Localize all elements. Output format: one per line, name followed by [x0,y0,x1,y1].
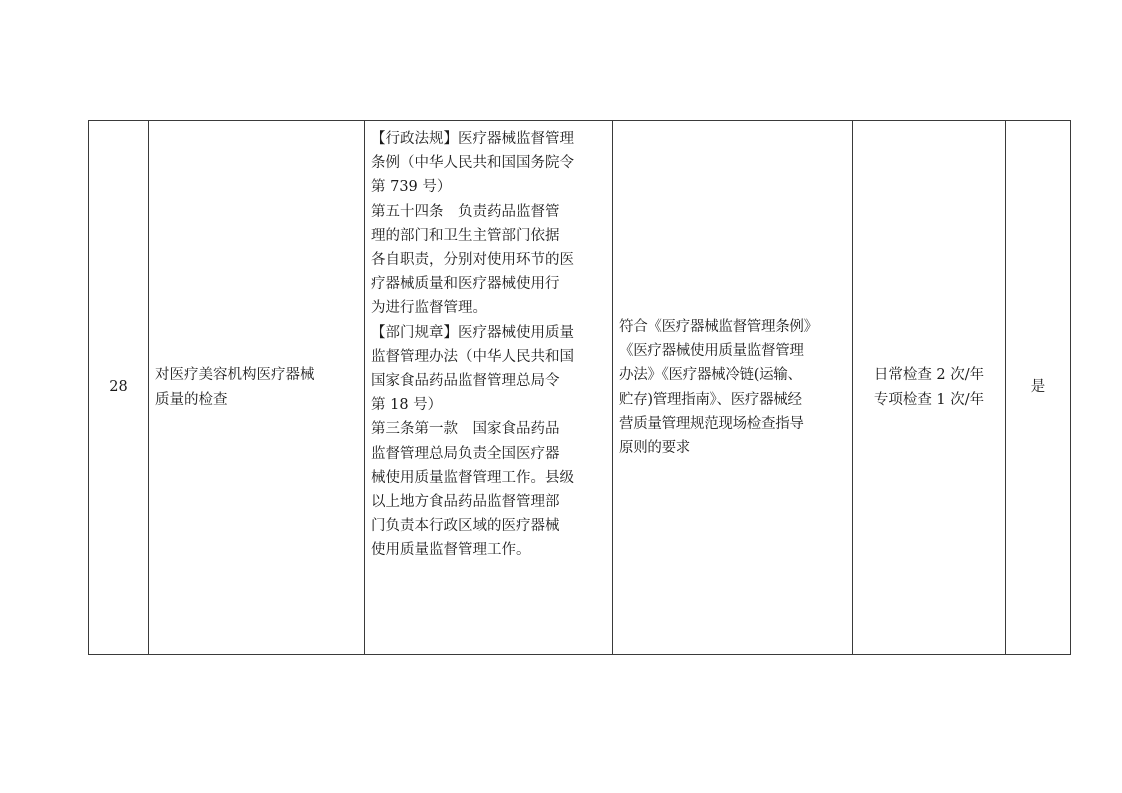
legal-basis-cell: 【行政法规】医疗器械监督管理 条例（中华人民共和国国务院令 第 739 号） 第… [365,121,613,655]
document-page: 28 对医疗美容机构医疗器械 质量的检查 【行政法规】医疗器械监督管理 条例（中… [0,0,1122,793]
frequency-cell: 日常检查 2 次/年 专项检查 1 次/年 [853,121,1006,655]
basis-line: 各自职责，分别对使用环节的医 [371,248,608,272]
basis-line: 【行政法规】医疗器械监督管理 [371,127,608,151]
standard-line: 符合《医疗器械监督管理条例》 [619,315,848,339]
row-number-cell: 28 [89,121,149,655]
standard-cell: 符合《医疗器械监督管理条例》 《医疗器械使用质量监督管理 办法》《医疗器械冷链(… [613,121,853,655]
basis-line: 监督管理总局负责全国医疗器 [371,442,608,466]
item-line: 质量的检查 [155,388,360,412]
standard-line: 原则的要求 [619,436,848,460]
basis-line: 监督管理办法（中华人民共和国 [371,345,608,369]
basis-line: 疗器械质量和医疗器械使用行 [371,272,608,296]
row-number: 28 [109,379,127,395]
standard-line: 办法》《医疗器械冷链(运输、 [619,363,848,387]
basis-line: 第五十四条 负责药品监督管 [371,200,608,224]
basis-line: 为进行监督管理。 [371,296,608,320]
flag-cell: 是 [1006,121,1071,655]
basis-line: 国家食品药品监督管理总局令 [371,369,608,393]
basis-line: 门负责本行政区域的医疗器械 [371,514,608,538]
basis-line: 第 739 号） [371,175,608,199]
item-line: 对医疗美容机构医疗器械 [155,363,360,387]
frequency-line: 日常检查 2 次/年 [853,363,1005,387]
basis-line: 【部门规章】医疗器械使用质量 [371,321,608,345]
standard-line: 贮存)管理指南》、医疗器械经 [619,388,848,412]
basis-line: 理的部门和卫生主管部门依据 [371,224,608,248]
flag-value: 是 [1031,379,1046,395]
standard-line: 《医疗器械使用质量监督管理 [619,339,848,363]
basis-line: 以上地方食品药品监督管理部 [371,490,608,514]
basis-line: 械使用质量监督管理工作。县级 [371,466,608,490]
inspection-table: 28 对医疗美容机构医疗器械 质量的检查 【行政法规】医疗器械监督管理 条例（中… [88,120,1071,655]
inspection-item-cell: 对医疗美容机构医疗器械 质量的检查 [149,121,365,655]
basis-line: 第 18 号） [371,393,608,417]
basis-line: 条例（中华人民共和国国务院令 [371,151,608,175]
table-row: 28 对医疗美容机构医疗器械 质量的检查 【行政法规】医疗器械监督管理 条例（中… [89,121,1071,655]
basis-line: 第三条第一款 国家食品药品 [371,417,608,441]
basis-line: 使用质量监督管理工作。 [371,538,608,562]
standard-line: 营质量管理规范现场检查指导 [619,412,848,436]
frequency-line: 专项检查 1 次/年 [853,388,1005,412]
